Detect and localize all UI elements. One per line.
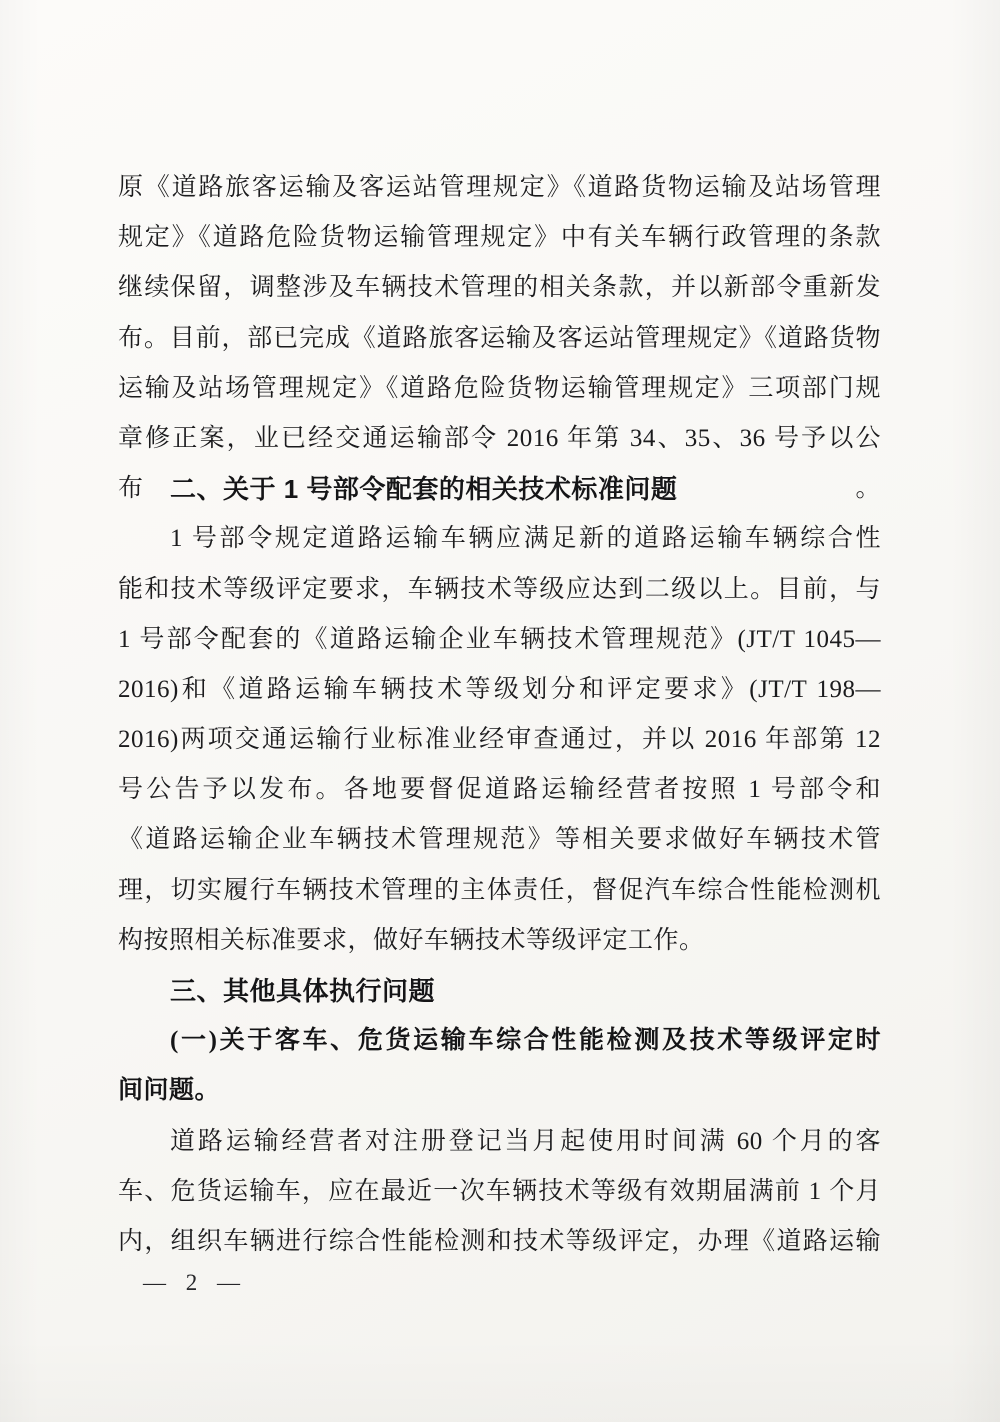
text-line: 车、危货运输车，应在最近一次车辆技术等级有效期届满前 1 个月 [118,1167,881,1217]
text-line: 1 号部令规定道路运输车辆应满足新的道路运输车辆综合性 [118,514,881,564]
text-line: 理，切实履行车辆技术管理的主体责任，督促汽车综合性能检测机 [118,866,881,916]
document-body: 原《道路旅客运输及客运站管理规定》《道路货物运输及站场管理 规定》《道路危险货物… [118,163,881,1267]
text-line: 内，组织车辆进行综合性能检测和技术等级评定，办理《道路运输 [118,1217,881,1267]
section-heading-3: 三、其他具体执行问题 [118,966,881,1016]
subsection-heading: 间问题。 [118,1066,881,1116]
text-line: 构按照相关标准要求，做好车辆技术等级评定工作。 [118,916,881,966]
text-line: 能和技术等级评定要求，车辆技术等级应达到二级以上。目前，与 [118,565,881,615]
text-line: 原《道路旅客运输及客运站管理规定》《道路货物运输及站场管理 [118,163,881,213]
subsection-heading: (一)关于客车、危货运输车综合性能检测及技术等级评定时 [118,1016,881,1066]
text-line: 规定》《道路危险货物运输管理规定》中有关车辆行政管理的条款 [118,213,881,263]
text-line: 运输及站场管理规定》《道路危险货物运输管理规定》三项部门规 [118,364,881,414]
text-line: 《道路运输企业车辆技术管理规范》等相关要求做好车辆技术管 [118,815,881,865]
text-line: 2016)和《道路运输车辆技术等级划分和评定要求》(JT/T 198— [118,665,881,715]
text-line: 1 号部令配套的《道路运输企业车辆技术管理规范》(JT/T 1045— [118,615,881,665]
text-line: 继续保留，调整涉及车辆技术管理的相关条款，并以新部令重新发 [118,263,881,313]
text-line: 布。目前，部已完成《道路旅客运输及客运站管理规定》《道路货物 [118,314,881,364]
text-line: 2016)两项交通运输行业标准业经审查通过，并以 2016 年部第 12 [118,715,881,765]
scanned-document-page: 原《道路旅客运输及客运站管理规定》《道路货物运输及站场管理 规定》《道路危险货物… [0,0,1000,1422]
page-number: — 2 — [143,1270,247,1296]
text-line: 章修正案，业已经交通运输部令 2016 年第 34、35、36 号予以公布。 [118,414,881,464]
text-line: 号公告予以发布。各地要督促道路运输经营者按照 1 号部令和 [118,765,881,815]
text-line: 道路运输经营者对注册登记当月起使用时间满 60 个月的客 [118,1117,881,1167]
